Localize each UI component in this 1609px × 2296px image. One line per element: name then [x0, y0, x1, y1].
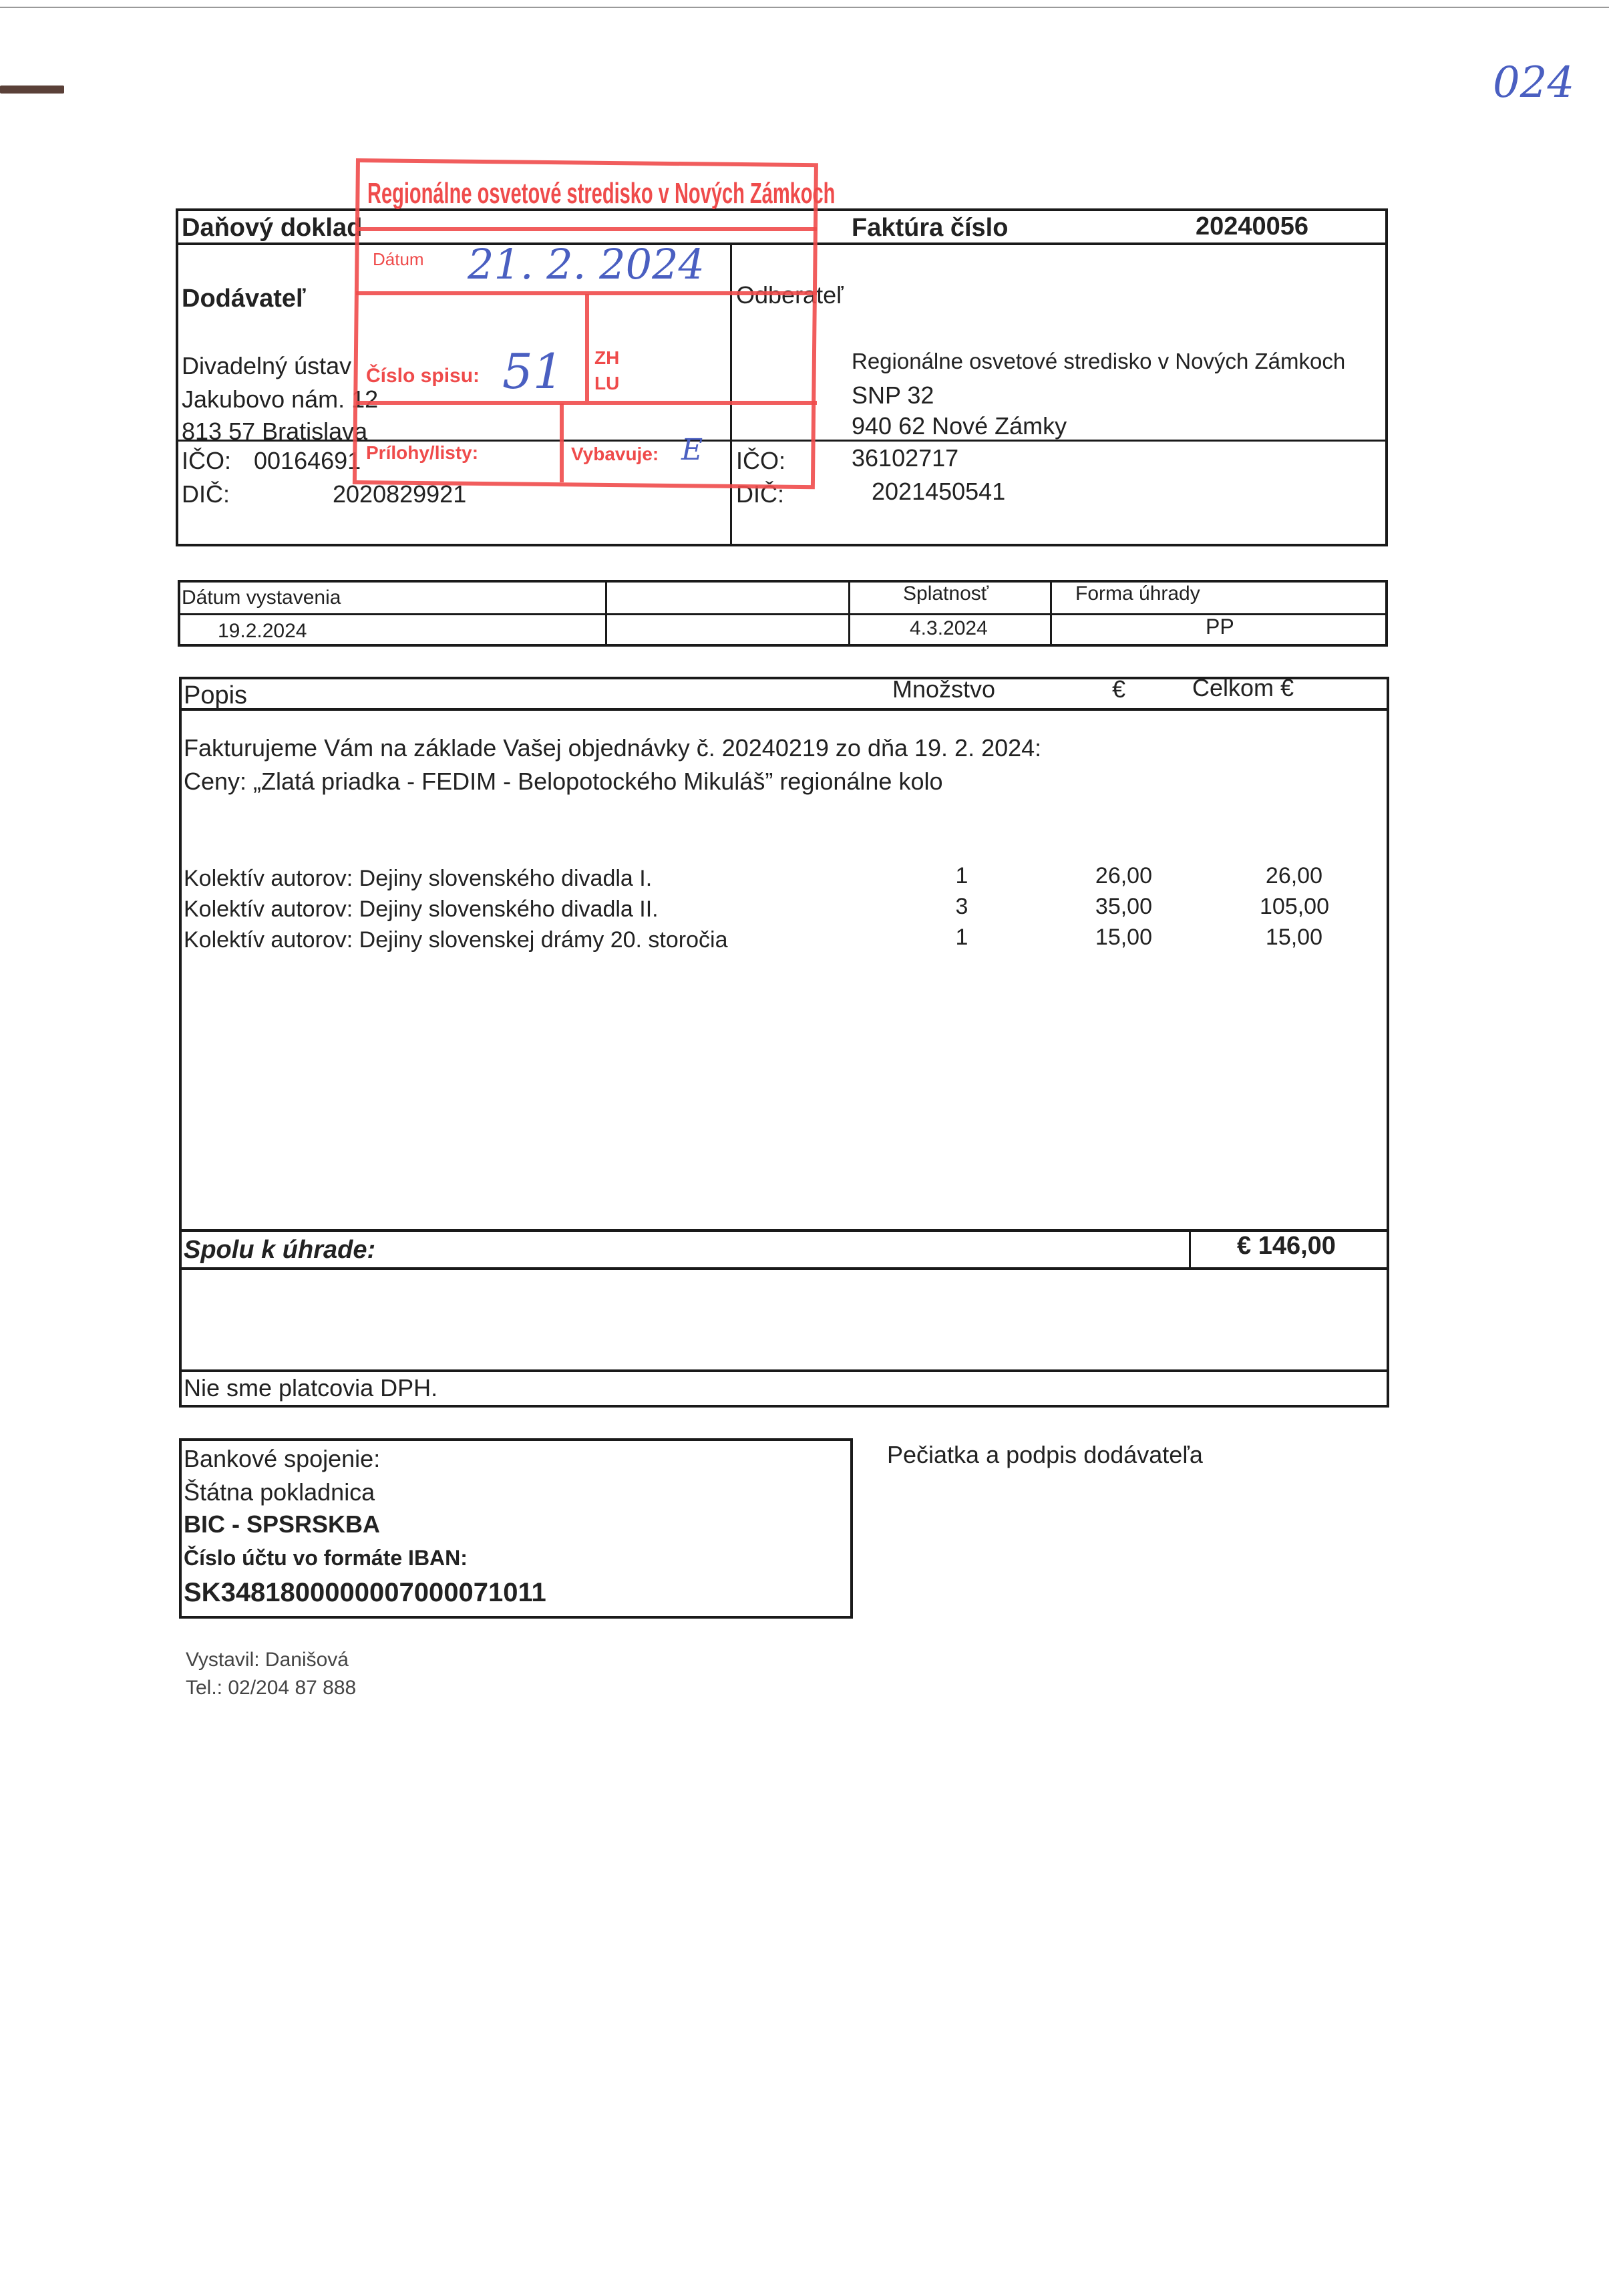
invoice-number: 20240056: [1196, 214, 1308, 239]
items-intro-2: Ceny: „Zlatá priadka - FEDIM - Belopotoc…: [184, 770, 943, 794]
stamp-handled-value: E: [681, 436, 703, 465]
dates-col-1: [605, 580, 607, 647]
item-desc: Kolektív autorov: Dejiny slovenského div…: [184, 898, 659, 921]
customer-ico: 36102717: [852, 446, 958, 470]
page-mark-handwritten: 024: [1493, 61, 1574, 104]
item-qty: 3: [935, 895, 989, 918]
stamp-file-value: 51: [502, 347, 564, 395]
issue-date-label: Dátum vystavenia: [182, 588, 341, 608]
supplier-name: Divadelný ústav: [182, 354, 351, 378]
phone: Tel.: 02/204 87 888: [186, 1678, 356, 1698]
stamp-line-1: [356, 227, 817, 231]
payment-method-value: PP: [1206, 616, 1234, 637]
invoice-label: Faktúra číslo: [852, 215, 1008, 240]
customer-dic: 2021450541: [872, 480, 1005, 504]
signature-label: Pečiatka a podpis dodávateľa: [887, 1443, 1203, 1467]
item-price: 26,00: [1055, 864, 1152, 887]
item-price: 35,00: [1055, 895, 1152, 918]
supplier-label: Dodávateľ: [182, 286, 306, 311]
stamp-code-lu: LU: [594, 374, 619, 393]
stamp-line-3: [356, 401, 817, 405]
issued-by: Vystavil: Danišová: [186, 1650, 349, 1670]
stamp-code-zh: ZH: [594, 349, 619, 367]
payment-method-label: Forma úhrady: [1075, 584, 1200, 604]
customer-city: 940 62 Nové Zámky: [852, 414, 1067, 438]
due-date-label: Splatnosť: [903, 584, 989, 604]
col-quantity: Množstvo: [892, 677, 995, 701]
total-bottom-divider: [179, 1267, 1389, 1270]
supplier-dic-label: DIČ:: [182, 482, 230, 506]
iban-value: SK3481800000007000071011: [184, 1579, 546, 1606]
supplier-city: 813 57 Bratislava: [182, 420, 367, 444]
col-total: Celkom €: [1192, 676, 1294, 700]
customer-name: Regionálne osvetové stredisko v Nových Z…: [852, 350, 1345, 372]
vat-divider: [179, 1369, 1389, 1372]
item-desc: Kolektív autorov: Dejiny slovenskej drám…: [184, 929, 727, 951]
issue-date-value: 19.2.2024: [218, 621, 307, 641]
bank-label: Bankové spojenie:: [184, 1447, 380, 1471]
stamp-file-label: Číslo spisu:: [366, 366, 480, 386]
stamp-vline-2: [560, 403, 564, 482]
vat-note: Nie sme platcovia DPH.: [184, 1376, 437, 1400]
item-desc: Kolektív autorov: Dejiny slovenského div…: [184, 867, 652, 890]
doc-type: Daňový doklad: [182, 215, 362, 240]
total-col-divider: [1189, 1229, 1191, 1268]
stamp-date-value: 21. 2. 2024: [468, 244, 705, 285]
supplier-dic: 2020829921: [333, 482, 466, 506]
total-top-divider: [179, 1229, 1389, 1232]
stamp-vline-1: [585, 294, 589, 401]
bank-bic: BIC - SPSRSKBA: [184, 1512, 380, 1536]
item-qty: 1: [935, 864, 989, 887]
item-total: 105,00: [1216, 895, 1329, 918]
scan-punch-mark: [0, 86, 64, 94]
stamp-attachments-label: Prílohy/listy:: [366, 444, 478, 462]
items-header-divider: [179, 708, 1389, 711]
iban-label: Číslo účtu vo formáte IBAN:: [184, 1547, 468, 1569]
item-total: 26,00: [1216, 864, 1322, 887]
col-unit-price: €: [1112, 677, 1125, 701]
scan-top-edge-line: [0, 7, 1609, 8]
stamp-title: Regionálne osvetové stredisko v Nových Z…: [367, 179, 835, 208]
item-total: 15,00: [1216, 926, 1322, 949]
item-price: 15,00: [1055, 926, 1152, 949]
bank-name: Štátna pokladnica: [184, 1480, 375, 1504]
items-intro-1: Fakturujeme Vám na základe Vašej objedná…: [184, 736, 1041, 760]
total-amount: € 146,00: [1237, 1233, 1336, 1259]
col-description: Popis: [184, 683, 247, 708]
due-date-value: 4.3.2024: [910, 619, 988, 639]
total-label: Spolu k úhrade:: [184, 1237, 375, 1263]
supplier-ico-label: IČO:: [182, 449, 231, 473]
dates-col-3: [1050, 580, 1052, 647]
dates-col-2: [848, 580, 850, 647]
stamp-handled-label: Vybavuje:: [571, 445, 659, 464]
stamp-date-label: Dátum: [373, 251, 424, 268]
supplier-street: Jakubovo nám. 12: [182, 387, 378, 412]
supplier-ico: 00164691: [254, 449, 361, 473]
item-qty: 1: [935, 926, 989, 949]
customer-street: SNP 32: [852, 383, 934, 407]
